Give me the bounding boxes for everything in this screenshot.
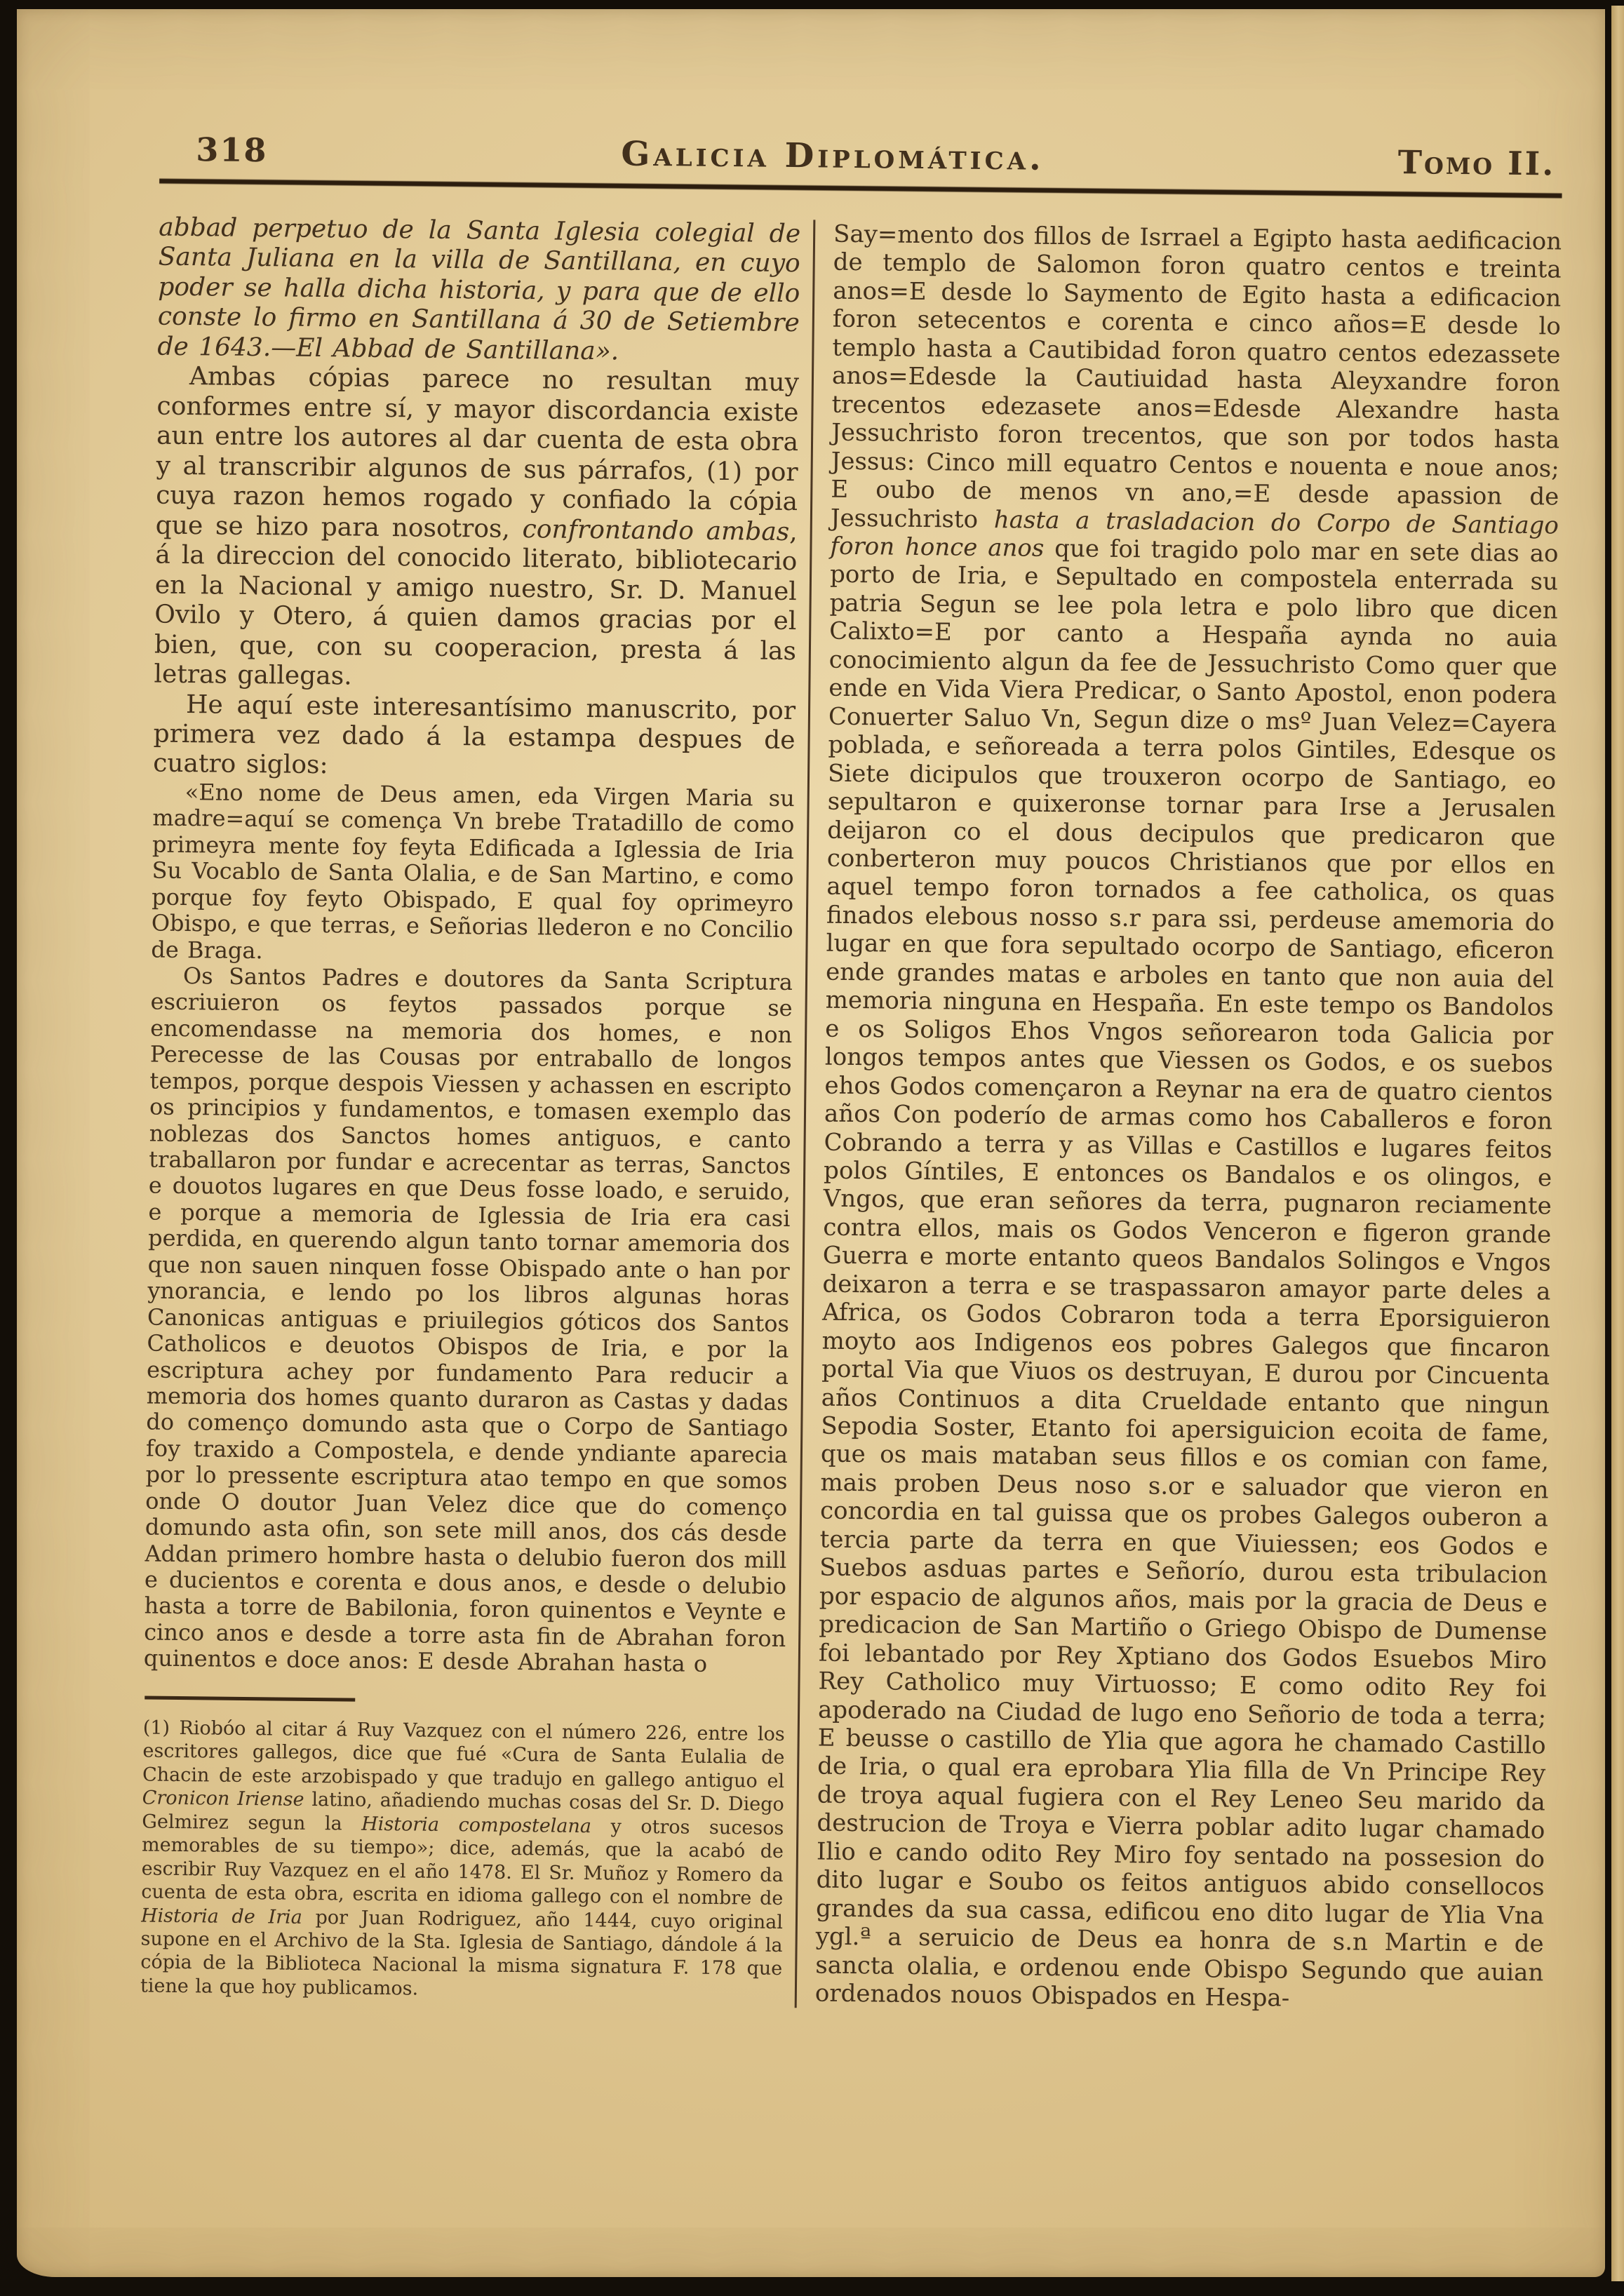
text-segment: Os Santos Padres e doutores da Santa Scr… (144, 962, 793, 1677)
scanned-book-page: 318 Galicia Diplomática. Tomo II. abbad … (0, 0, 1624, 2296)
page-content: 318 Galicia Diplomática. Tomo II. abbad … (137, 130, 1562, 2256)
paragraph: «Eno nome de Deus amen, eda Virgen Maria… (151, 779, 795, 969)
text-segment: Say=mento dos fillos de Isrrael a Egipto… (831, 220, 1562, 534)
text-segment: abbad perpetuo de la Santa Iglesia coleg… (157, 213, 800, 366)
text-columns: abbad perpetuo de la Santa Iglesia coleg… (140, 213, 1562, 2015)
footnote: (1) Riobóo al citar á Ruy Vazquez con el… (140, 1716, 785, 2004)
italic-text-segment: confrontando ambas (522, 515, 789, 546)
volume-label: Tomo II. (1398, 143, 1556, 182)
text-segment: He aquí este interesantísimo manuscrito,… (153, 690, 796, 780)
paragraph: Ambas cópias parece no resultan muy conf… (154, 362, 799, 697)
italic-text-segment: Cronicon Iriense (142, 1787, 304, 1811)
left-column: abbad perpetuo de la Santa Iglesia coleg… (140, 213, 801, 2008)
footnote-separator-rule (145, 1696, 355, 1701)
italic-text-segment: Historia compostelana (361, 1813, 591, 1837)
adjacent-page-edge (1611, 6, 1624, 2281)
page-number: 318 (196, 130, 268, 169)
text-segment: que foi tragido polo mar en sete dias ao… (815, 535, 1559, 2013)
left-column-text: abbad perpetuo de la Santa Iglesia coleg… (144, 213, 801, 1679)
italic-text-segment: Historia de Iria (141, 1905, 302, 1928)
right-column: Say=mento dos fillos de Isrrael a Egipto… (815, 220, 1562, 2015)
header-rule (159, 179, 1562, 199)
paragraph: Os Santos Padres e doutores da Santa Scr… (144, 962, 793, 1678)
paragraph: (1) Riobóo al citar á Ruy Vazquez con el… (140, 1716, 785, 2004)
text-segment: «Eno nome de Deus amen, eda Virgen Maria… (151, 779, 795, 964)
paragraph: He aquí este interesantísimo manuscrito,… (153, 690, 796, 786)
paragraph: Say=mento dos fillos de Isrrael a Egipto… (815, 220, 1562, 2015)
right-column-text: Say=mento dos fillos de Isrrael a Egipto… (815, 220, 1562, 2015)
text-segment: (1) Riobóo al citar á Ruy Vazquez con el… (142, 1717, 785, 1792)
paragraph: abbad perpetuo de la Santa Iglesia coleg… (157, 213, 800, 369)
